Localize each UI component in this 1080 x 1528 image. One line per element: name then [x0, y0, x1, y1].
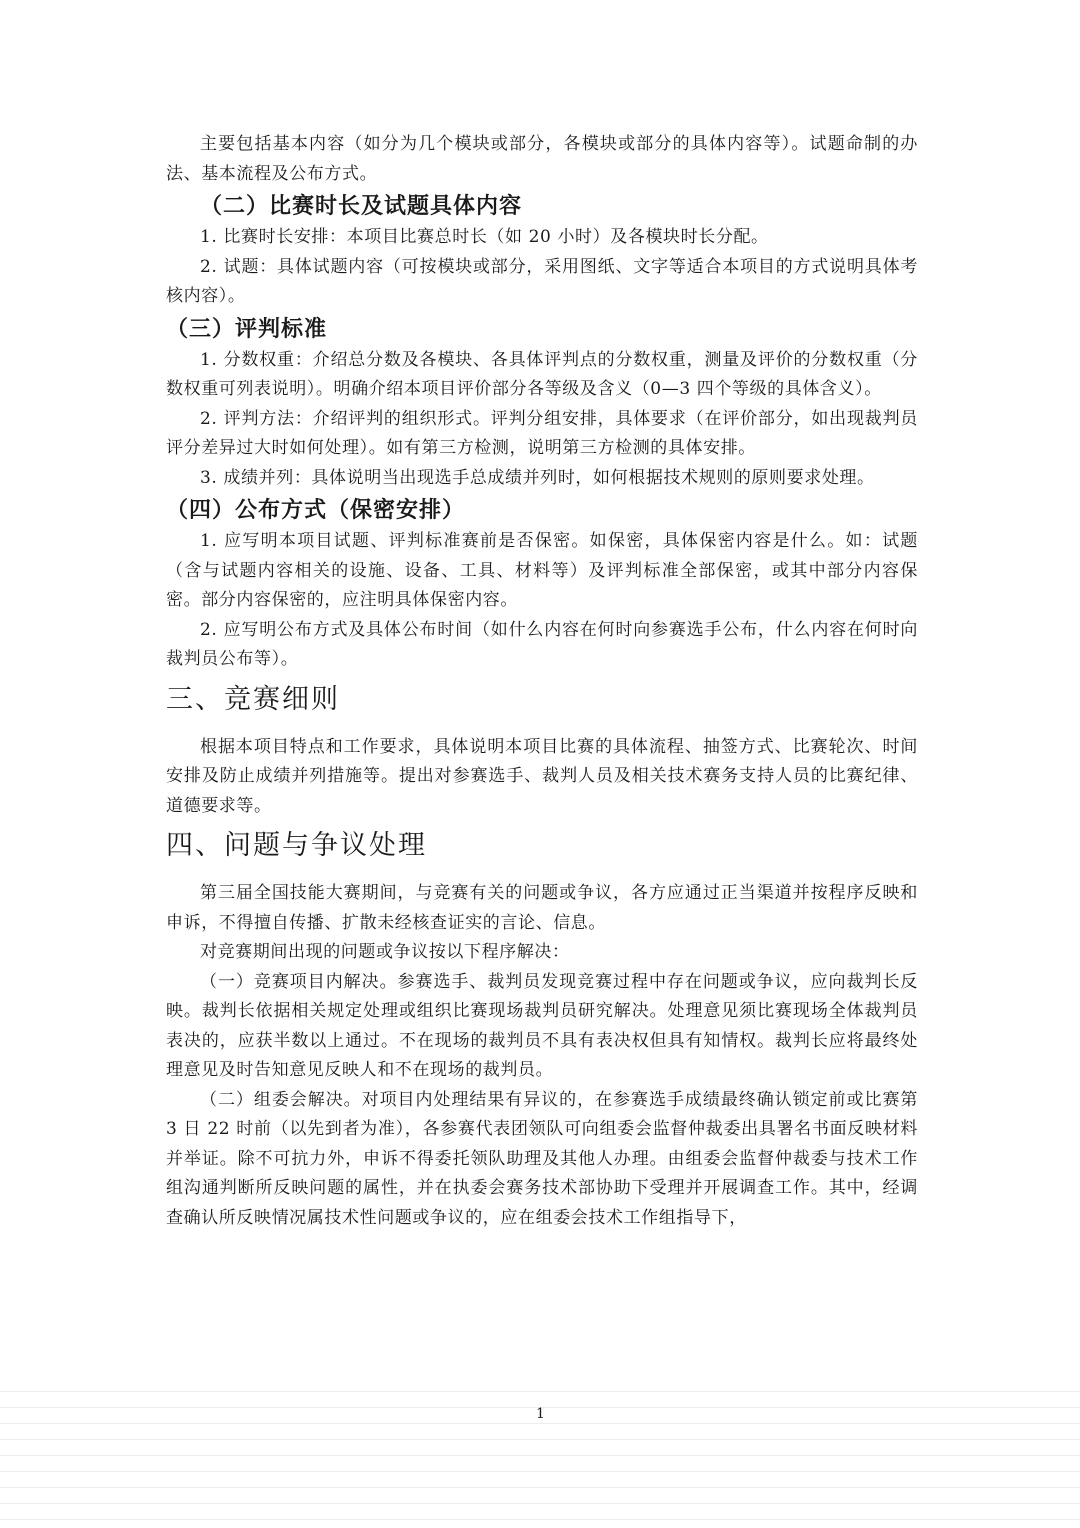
paragraph: 1. 比赛时长安排：本项目比赛总时长（如 20 小时）及各模块时长分配。: [166, 223, 918, 253]
subheading-judging-criteria: （三）评判标准: [166, 312, 918, 346]
paragraph: 2. 应写明公布方式及具体公布时间（如什么内容在何时向参赛选手公布，什么内容在何…: [166, 616, 918, 675]
section-heading-rules: 三、竞赛细则: [166, 677, 918, 723]
paragraph: 根据本项目特点和工作要求，具体说明本项目比赛的具体流程、抽签方式、比赛轮次、时间…: [166, 733, 918, 822]
subheading-duration-content: （二）比赛时长及试题具体内容: [166, 189, 918, 223]
paragraph: 2. 评判方法：介绍评判的组织形式。评判分组安排，具体要求（在评价部分，如出现裁…: [166, 405, 918, 464]
paragraph: （二）组委会解决。对项目内处理结果有异议的，在参赛选手成绩最终确认锁定前或比赛第…: [166, 1086, 918, 1234]
paragraph: 1. 应写明本项目试题、评判标准赛前是否保密。如保密，具体保密内容是什么。如：试…: [166, 527, 918, 616]
paragraph: 2. 试题：具体试题内容（可按模块或部分，采用图纸、文字等适合本项目的方式说明具…: [166, 253, 918, 312]
subheading-publication: （四）公布方式（保密安排）: [166, 493, 918, 527]
paragraph: 1. 分数权重：介绍总分数及各模块、各具体评判点的分数权重，测量及评价的分数权重…: [166, 346, 918, 405]
paragraph: 对竞赛期间出现的问题或争议按以下程序解决：: [166, 938, 918, 968]
paragraph: 主要包括基本内容（如分为几个模块或部分，各模块或部分的具体内容等）。试题命制的办…: [166, 130, 918, 189]
paragraph: 第三届全国技能大赛期间，与竞赛有关的问题或争议，各方应通过正当渠道并按程序反映和…: [166, 879, 918, 938]
page-number: 1: [536, 1406, 545, 1422]
section-heading-disputes: 四、问题与争议处理: [166, 823, 918, 869]
paragraph: 3. 成绩并列：具体说明当出现选手总成绩并列时，如何根据技术规则的原则要求处理。: [166, 464, 918, 494]
document-page: 主要包括基本内容（如分为几个模块或部分，各模块或部分的具体内容等）。试题命制的办…: [166, 130, 918, 1233]
paragraph: （一）竞赛项目内解决。参赛选手、裁判员发现竞赛过程中存在问题或争议，应向裁判长反…: [166, 968, 918, 1086]
